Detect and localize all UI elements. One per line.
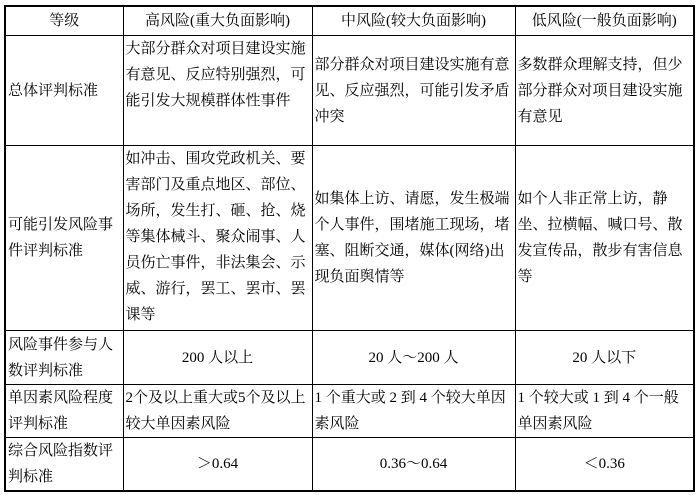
- header-cell-grade: 等级: [5, 6, 123, 36]
- cell-people-high: 200 人以上: [123, 331, 312, 385]
- cell-single-low: 1 个较大或 1 到 4 个一般单因素风险: [515, 385, 694, 438]
- row-label: 总体评判标准: [5, 36, 123, 146]
- document-page: 等级 高风险(重大负面影响) 中风险(较大负面影响) 低风险(一般负面影响) 总…: [0, 0, 696, 495]
- table-row-risk-event-criteria: 可能引发风险事件评判标准 如冲击、围攻党政机关、要害部门及重点地区、部位、场所，…: [5, 146, 694, 331]
- cell-single-high: 2个及以上重大或5个及以上较大单因素风险: [123, 385, 312, 438]
- cell-people-low: 20 人以下: [515, 331, 694, 385]
- row-label: 可能引发风险事件评判标准: [5, 146, 123, 331]
- cell-composite-medium: 0.36～0.64: [312, 438, 515, 492]
- cell-events-medium: 如集体上访、请愿，发生极端个人事件，围堵施工现场，堵塞、阻断交通，媒体(网络)出…: [312, 146, 515, 331]
- table-row-participant-count-criteria: 风险事件参与人数评判标准 200 人以上 20 人～200 人 20 人以下: [5, 331, 694, 385]
- header-cell-low-risk: 低风险(一般负面影响): [515, 6, 694, 36]
- cell-events-high: 如冲击、围攻党政机关、要害部门及重点地区、部位、场所，发生打、砸、抢、烧等集体械…: [123, 146, 312, 331]
- cell-composite-low: ＜0.36: [515, 438, 694, 492]
- header-cell-high-risk: 高风险(重大负面影响): [123, 6, 312, 36]
- row-label: 单因素风险程度评判标准: [5, 385, 123, 438]
- table-row-composite-index-criteria: 综合风险指数评判标准 ＞0.64 0.36～0.64 ＜0.36: [5, 438, 694, 492]
- cell-single-medium: 1 个重大或 2 到 4 个较大单因素风险: [312, 385, 515, 438]
- row-label: 风险事件参与人数评判标准: [5, 331, 123, 385]
- risk-assessment-table: 等级 高风险(重大负面影响) 中风险(较大负面影响) 低风险(一般负面影响) 总…: [4, 5, 695, 492]
- row-label: 综合风险指数评判标准: [5, 438, 123, 492]
- cell-people-medium: 20 人～200 人: [312, 331, 515, 385]
- cell-events-low: 如个人非正常上访，静坐、拉横幅、喊口号、散发宣传品，散步有害信息等: [515, 146, 694, 331]
- cell-composite-high: ＞0.64: [123, 438, 312, 492]
- cell-overall-medium: 部分群众对项目建设实施有意见、反应强烈，可能引发矛盾冲突: [312, 36, 515, 146]
- header-cell-medium-risk: 中风险(较大负面影响): [312, 6, 515, 36]
- cell-overall-low: 多数群众理解支持，但少部分群众对项目建设实施有意见: [515, 36, 694, 146]
- table-row-single-factor-criteria: 单因素风险程度评判标准 2个及以上重大或5个及以上较大单因素风险 1 个重大或 …: [5, 385, 694, 438]
- header-row: 等级 高风险(重大负面影响) 中风险(较大负面影响) 低风险(一般负面影响): [5, 6, 694, 36]
- cell-overall-high: 大部分群众对项目建设实施有意见、反应特别强烈，可能引发大规模群体性事件: [123, 36, 312, 146]
- table-row-overall-criteria: 总体评判标准 大部分群众对项目建设实施有意见、反应特别强烈，可能引发大规模群体性…: [5, 36, 694, 146]
